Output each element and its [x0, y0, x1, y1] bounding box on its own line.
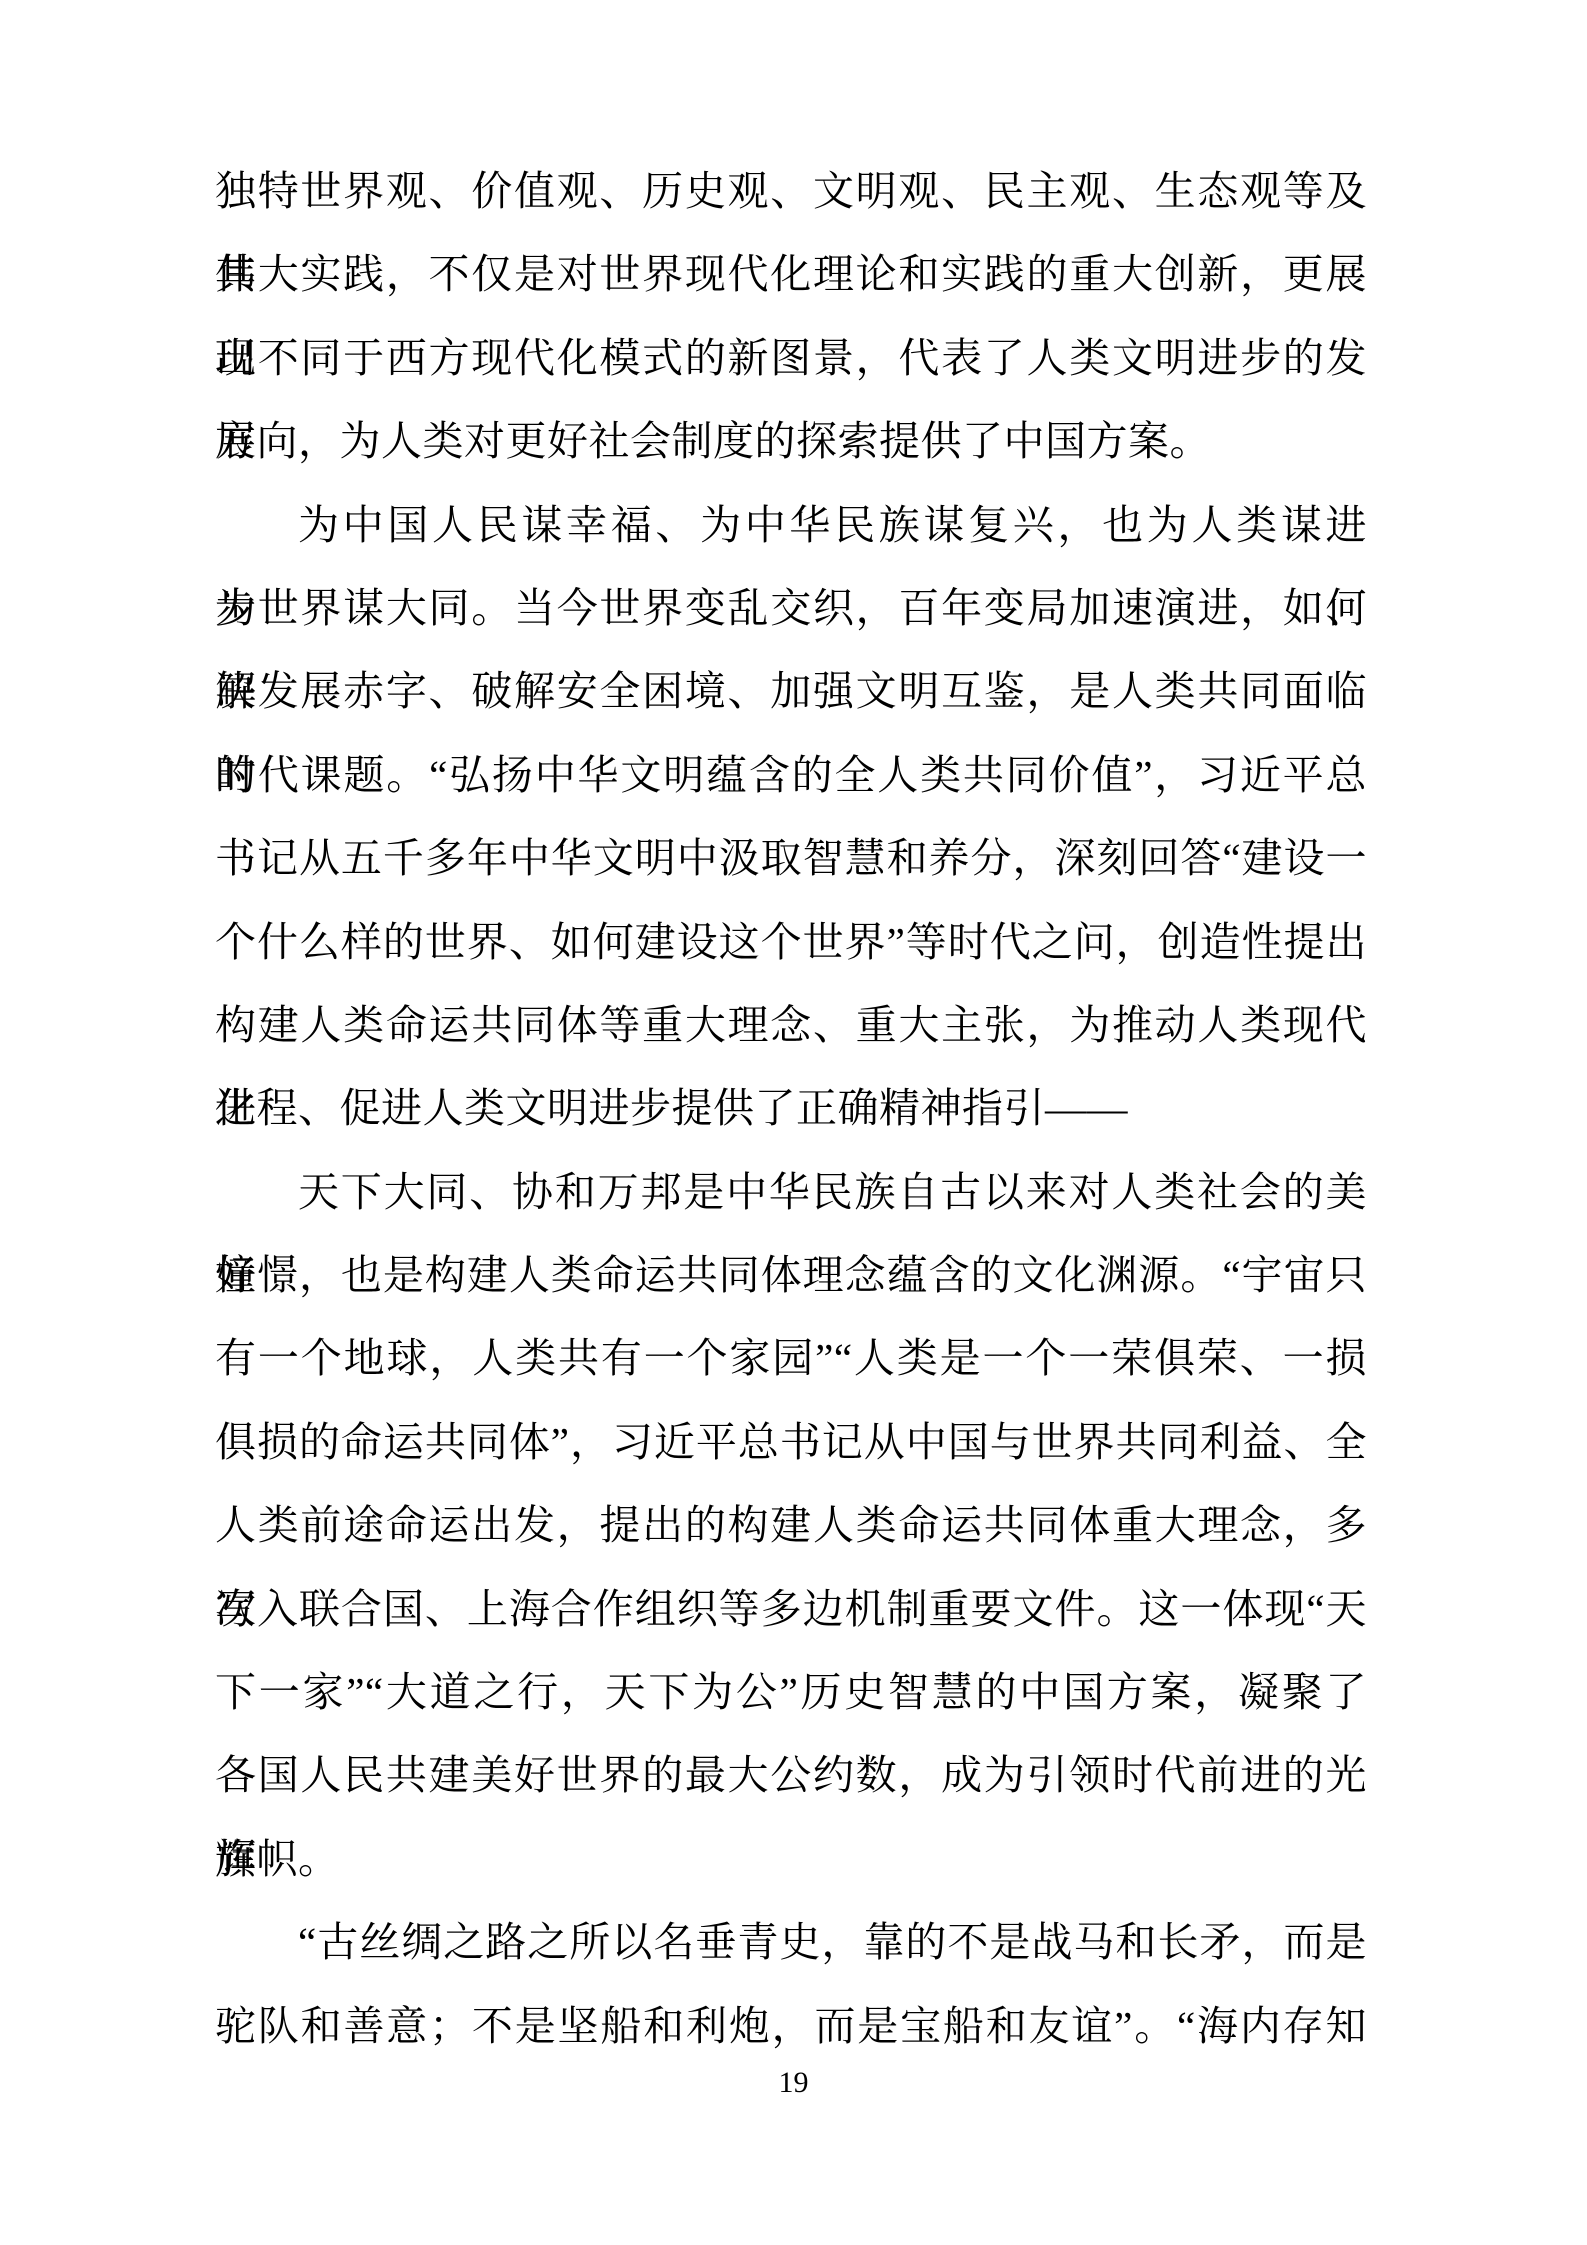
- text-line: 时代课题。“弘扬中华文明蕴含的全人类共同价值”，习近平总: [215, 734, 1367, 817]
- document-page: 独特世界观、价值观、历史观、文明观、民主观、生态观等及其伟大实践，不仅是对世界现…: [0, 0, 1587, 2245]
- text-line: 天下大同、协和万邦是中华民族自古以来对人类社会的美好: [215, 1151, 1367, 1234]
- text-line: 方向，为人类对更好社会制度的探索提供了中国方案。: [215, 400, 1367, 483]
- text-line: 为中国人民谋幸福、为中华民族谋复兴，也为人类谋进步、: [215, 484, 1367, 567]
- text-line: 决发展赤字、破解安全困境、加强文明互鉴，是人类共同面临的: [215, 650, 1367, 733]
- text-line: 构建人类命运共同体等重大理念、重大主张，为推动人类现代化: [215, 984, 1367, 1067]
- text-line: “古丝绸之路之所以名垂青史，靠的不是战马和长矛，而是: [215, 1901, 1367, 1984]
- body-text: 独特世界观、价值观、历史观、文明观、民主观、生态观等及其伟大实践，不仅是对世界现…: [215, 150, 1367, 2068]
- text-line: 为世界谋大同。当今世界变乱交织，百年变局加速演进，如何解: [215, 567, 1367, 650]
- text-line: 书记从五千多年中华文明中汲取智慧和养分，深刻回答“建设一: [215, 817, 1367, 900]
- text-line: 下一家”“大道之行，天下为公”历史智慧的中国方案，凝聚了: [215, 1651, 1367, 1734]
- text-line: 憧憬，也是构建人类命运共同体理念蕴含的文化渊源。“宇宙只: [215, 1234, 1367, 1317]
- text-line: 有一个地球，人类共有一个家园”“人类是一个一荣俱荣、一损: [215, 1317, 1367, 1400]
- text-line: 驼队和善意；不是坚船和利炮，而是宝船和友谊”。“海内存知: [215, 1985, 1367, 2068]
- text-line: 独特世界观、价值观、历史观、文明观、民主观、生态观等及其: [215, 150, 1367, 233]
- text-line: 旗帜。: [215, 1818, 1367, 1901]
- text-line: 写入联合国、上海合作组织等多边机制重要文件。这一体现“天: [215, 1568, 1367, 1651]
- text-line: 个什么样的世界、如何建设这个世界”等时代之问，创造性提出: [215, 901, 1367, 984]
- text-line: 伟大实践，不仅是对世界现代化理论和实践的重大创新，更展现: [215, 233, 1367, 316]
- text-line: 出不同于西方现代化模式的新图景，代表了人类文明进步的发展: [215, 317, 1367, 400]
- text-line: 进程、促进人类文明进步提供了正确精神指引——: [215, 1067, 1367, 1150]
- text-line: 俱损的命运共同体”，习近平总书记从中国与世界共同利益、全: [215, 1401, 1367, 1484]
- text-line: 人类前途命运出发，提出的构建人类命运共同体重大理念，多次: [215, 1484, 1367, 1567]
- page-number: 19: [0, 2066, 1587, 2100]
- text-line: 各国人民共建美好世界的最大公约数，成为引领时代前进的光辉: [215, 1734, 1367, 1817]
